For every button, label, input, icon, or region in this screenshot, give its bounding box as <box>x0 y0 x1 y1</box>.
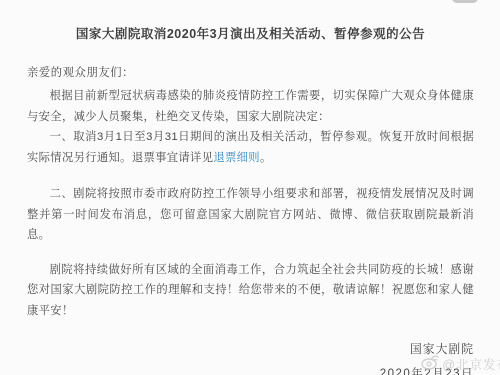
weibo-logo-icon <box>421 354 439 373</box>
signature-date: 2020年2月23日 <box>27 367 474 375</box>
greeting-line: 亲爱的观众朋友们： <box>27 66 474 80</box>
signature-org: 国家大剧院 <box>27 342 474 356</box>
announcement-page: 国家大剧院取消2020年3月演出及相关活动、暂停参观的公告 亲爱的观众朋友们： … <box>0 0 500 375</box>
announcement-document: 国家大剧院取消2020年3月演出及相关活动、暂停参观的公告 亲爱的观众朋友们： … <box>0 0 500 375</box>
paragraph-closing: 剧院将持续做好所有区域的全面消毒工作，合力筑起全社会共同防疫的长城！感谢您对国家… <box>27 260 474 322</box>
paragraph-item-two: 二、剧院将按照市委市政府防控工作领导小组要求和部署，视疫情发展情况及时调整并第一… <box>27 184 474 246</box>
weibo-watermark: @北京发布 <box>421 354 500 373</box>
announcement-title: 国家大剧院取消2020年3月演出及相关活动、暂停参观的公告 <box>27 27 474 42</box>
paragraph-item-one: 一、取消3月1日至3月31日期间的演出及相关活动，暂停参观。恢复开放时间根据实际… <box>27 127 474 168</box>
watermark-handle: @北京发布 <box>442 355 500 373</box>
refund-rules-link[interactable]: 退票细则 <box>213 152 260 164</box>
paragraph-intro: 根据目前新型冠状病毒感染的肺炎疫情防控工作需要，切实保障广大观众身体健康与安全，… <box>27 86 474 127</box>
item-one-text-after: 。 <box>260 152 272 164</box>
